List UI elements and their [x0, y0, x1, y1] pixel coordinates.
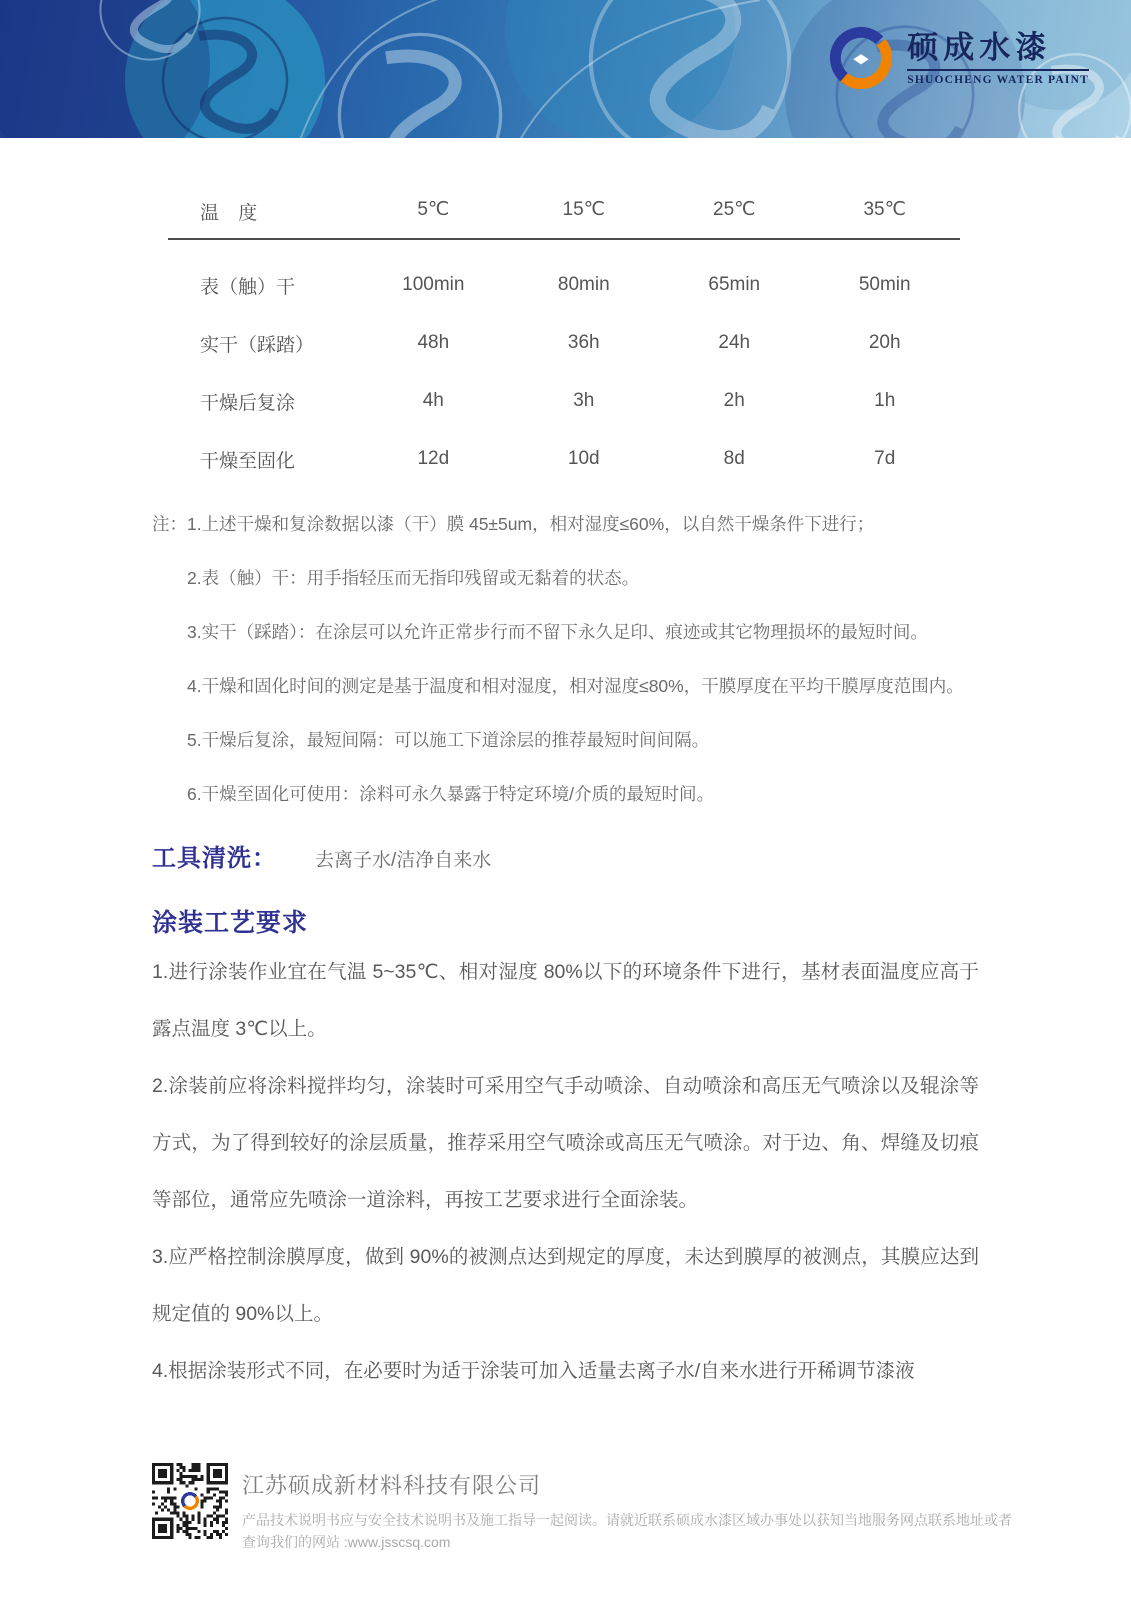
- note-item: 2.表（触）干：用手指轻压而无指印残留或无黏着的状态。: [152, 568, 979, 588]
- table-header-row: 温 度 5℃ 15℃ 25℃ 35℃: [168, 198, 960, 240]
- table-notes: 注： 1.上述干燥和复涂数据以漆（干）膜 45±5um，相对湿度≤60%，以自然…: [152, 514, 979, 804]
- note-text: 1.上述干燥和复涂数据以漆（干）膜 45±5um，相对湿度≤60%，以自然干燥条…: [187, 514, 874, 534]
- cell-value: 100min: [358, 274, 508, 296]
- table-header-temperature: 温 度: [168, 198, 358, 225]
- footer-note: 产品技术说明书应与安全技术说明书及施工指导一起阅读。请就近联系硕成水漆区域办事处…: [242, 1509, 1022, 1553]
- cell-value: 48h: [358, 332, 508, 354]
- table-header-35c: 35℃: [809, 198, 959, 225]
- cell-value: 80min: [509, 274, 659, 296]
- note-item: 注： 1.上述干燥和复涂数据以漆（干）膜 45±5um，相对湿度≤60%，以自然…: [152, 514, 979, 534]
- note-text: 3.实干（踩踏）：在涂层可以允许正常步行而不留下永久足印、痕迹或其它物理损坏的最…: [187, 622, 928, 642]
- cell-value: 36h: [509, 332, 659, 354]
- process-paragraphs: 1.进行涂装作业宜在气温 5~35℃、相对湿度 80%以下的环境条件下进行，基材…: [152, 944, 979, 1400]
- table-row: 表（触）干 100min 80min 65min 50min: [168, 256, 960, 314]
- note-prefix: 注：: [152, 514, 187, 534]
- brand-logo: 硕成水漆 SHUOCHENG WATER PAINT: [829, 26, 1089, 90]
- table-header-25c: 25℃: [659, 198, 809, 225]
- note-text: 4.干燥和固化时间的测定是基于温度和相对湿度，相对湿度≤80%，干膜厚度在平均干…: [187, 676, 964, 696]
- footer-company-name: 江苏硕成新材料科技有限公司: [242, 1469, 1022, 1500]
- cell-value: 10d: [509, 448, 659, 470]
- process-paragraph: 1.进行涂装作业宜在气温 5~35℃、相对湿度 80%以下的环境条件下进行，基材…: [152, 944, 979, 1058]
- table-row: 干燥后复涂 4h 3h 2h 1h: [168, 372, 960, 430]
- page-content: 温 度 5℃ 15℃ 25℃ 35℃ 表（触）干 100min 80min 65…: [0, 198, 1131, 1400]
- cell-value: 12d: [358, 448, 508, 470]
- cell-value: 2h: [659, 390, 809, 412]
- cell-value: 8d: [659, 448, 809, 470]
- datasheet-page: 硕成水漆 SHUOCHENG WATER PAINT 温 度 5℃ 15℃ 25…: [0, 0, 1131, 1600]
- tool-cleaning-heading: 工具清洗：: [152, 838, 277, 873]
- table-body: 表（触）干 100min 80min 65min 50min 实干（踩踏） 48…: [168, 240, 960, 488]
- table-row: 实干（踩踏） 48h 36h 24h 20h: [168, 314, 960, 372]
- note-item: 4.干燥和固化时间的测定是基于温度和相对湿度，相对湿度≤80%，干膜厚度在平均干…: [152, 676, 979, 696]
- process-paragraph: 4.根据涂装形式不同，在必要时为适于涂装可加入适量去离子水/自来水进行开稀调节漆…: [152, 1343, 979, 1400]
- cell-value: 7d: [809, 448, 959, 470]
- header-banner: 硕成水漆 SHUOCHENG WATER PAINT: [0, 0, 1131, 138]
- table-header-5c: 5℃: [358, 198, 508, 225]
- cell-value: 50min: [809, 274, 959, 296]
- note-text: 5.干燥后复涂，最短间隔：可以施工下道涂层的推荐最短时间间隔。: [187, 730, 709, 750]
- note-text: 6.干燥至固化可使用：涂料可永久暴露于特定环境/介质的最短时间。: [187, 784, 714, 804]
- note-item: 3.实干（踩踏）：在涂层可以允许正常步行而不留下永久足印、痕迹或其它物理损坏的最…: [152, 622, 979, 642]
- tool-cleaning-row: 工具清洗： 去离子水/洁净自来水: [152, 838, 979, 873]
- note-item: 5.干燥后复涂，最短间隔：可以施工下道涂层的推荐最短时间间隔。: [152, 730, 979, 750]
- table-header-15c: 15℃: [509, 198, 659, 225]
- brand-divider: [907, 69, 1089, 71]
- cell-value: 24h: [659, 332, 809, 354]
- cell-value: 3h: [509, 390, 659, 412]
- process-section-heading: 涂装工艺要求: [152, 903, 979, 939]
- cell-value: 4h: [358, 390, 508, 412]
- footer-text-block: 江苏硕成新材料科技有限公司 产品技术说明书应与安全技术说明书及施工指导一起阅读。…: [242, 1463, 1022, 1553]
- process-paragraph: 3.应严格控制涂膜厚度，做到 90%的被测点达到规定的厚度，未达到膜厚的被测点，…: [152, 1229, 979, 1343]
- drying-time-table: 温 度 5℃ 15℃ 25℃ 35℃ 表（触）干 100min 80min 65…: [168, 198, 960, 488]
- note-item: 6.干燥至固化可使用：涂料可永久暴露于特定环境/介质的最短时间。: [152, 784, 979, 804]
- brand-name-cn: 硕成水漆: [907, 30, 1089, 66]
- cell-value: 65min: [659, 274, 809, 296]
- tool-cleaning-value: 去离子水/洁净自来水: [315, 845, 491, 872]
- cell-value: 20h: [809, 332, 959, 354]
- page-footer: 江苏硕成新材料科技有限公司 产品技术说明书应与安全技术说明书及施工指导一起阅读。…: [152, 1463, 1012, 1553]
- cell-value: 1h: [809, 390, 959, 412]
- brand-name-en: SHUOCHENG WATER PAINT: [907, 74, 1089, 86]
- row-label: 实干（踩踏）: [168, 330, 358, 357]
- process-paragraph: 2.涂装前应将涂料搅拌均匀，涂装时可采用空气手动喷涂、自动喷涂和高压无气喷涂以及…: [152, 1058, 979, 1229]
- row-label: 干燥后复涂: [168, 388, 358, 415]
- row-label: 表（触）干: [168, 272, 358, 299]
- brand-logo-icon: [829, 26, 893, 90]
- table-row: 干燥至固化 12d 10d 8d 7d: [168, 430, 960, 488]
- row-label: 干燥至固化: [168, 446, 358, 473]
- note-text: 2.表（触）干：用手指轻压而无指印残留或无黏着的状态。: [187, 568, 639, 588]
- qr-code: [152, 1463, 228, 1539]
